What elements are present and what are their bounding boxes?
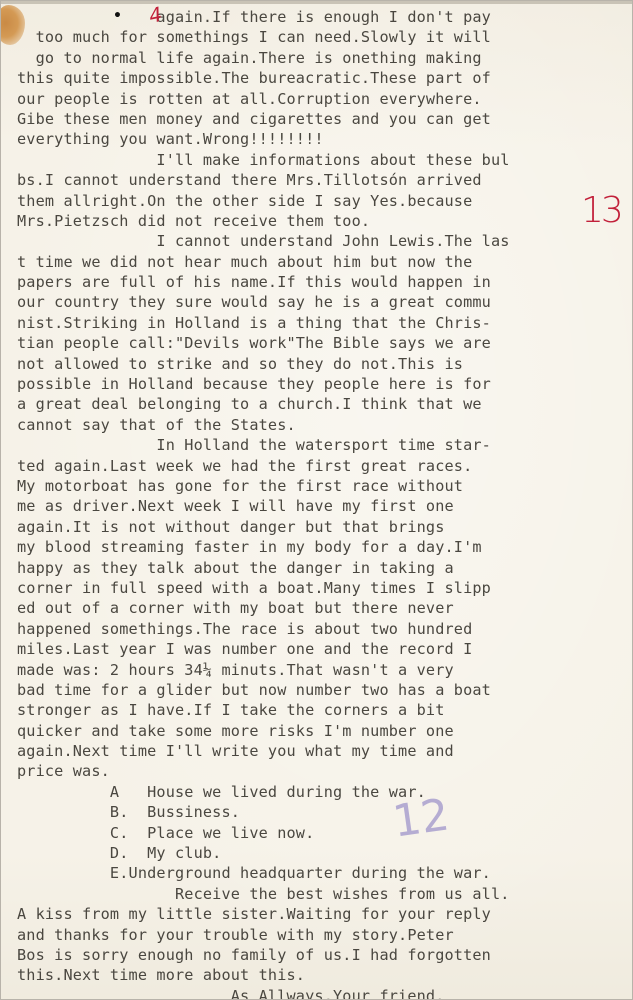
letter-line: my blood streaming faster in my body for… <box>17 537 510 557</box>
letter-line: In Holland the watersport time star- <box>17 435 510 455</box>
letter-line: Gibe these men money and cigarettes and … <box>17 109 510 129</box>
letter-line: not allowed to strike and so they do not… <box>17 354 510 374</box>
letter-line: I cannot understand John Lewis.The las <box>17 231 510 251</box>
letter-line: our country they sure would say he is a … <box>17 292 510 312</box>
letter-line: I'll make informations about these bul <box>17 150 510 170</box>
letter-line: E.Underground headquarter during the war… <box>17 863 510 883</box>
letter-line: again.Next time I'll write you what my t… <box>17 741 510 761</box>
letter-line: happy as they talk about the danger in t… <box>17 558 510 578</box>
letter-line: miles.Last year I was number one and the… <box>17 639 510 659</box>
letter-line: a great deal belonging to a church.I thi… <box>17 394 510 414</box>
letter-line: A kiss from my little sister.Waiting for… <box>17 904 510 924</box>
letter-line: this quite impossible.The bureacratic.Th… <box>17 68 510 88</box>
letter-line: possible in Holland because they people … <box>17 374 510 394</box>
letter-line: this.Next time more about this. <box>17 965 510 985</box>
letter-line: happened somethings.The race is about tw… <box>17 619 510 639</box>
letter-line: quicker and take some more risks I'm num… <box>17 721 510 741</box>
letter-line: again.If there is enough I don't pay <box>17 7 510 27</box>
letter-line: cannot say that of the States. <box>17 415 510 435</box>
purple-handwritten-number: 12 <box>390 789 453 847</box>
letter-line: price was. <box>17 761 510 781</box>
letter-line: My motorboat has gone for the first race… <box>17 476 510 496</box>
letter-line: made was: 2 hours 34¼ minuts.That wasn't… <box>17 660 510 680</box>
letter-page: again.If there is enough I don't pay too… <box>0 0 633 1000</box>
letter-line: As Allways.Your friend. <box>17 986 510 1000</box>
letter-line: tian people call:"Devils work"The Bible … <box>17 333 510 353</box>
letter-line: and thanks for your trouble with my stor… <box>17 925 510 945</box>
red-page-number: 13 <box>581 193 621 229</box>
letter-line: t time we did not hear much about him bu… <box>17 252 510 272</box>
letter-line: everything you want.Wrong!!!!!!!! <box>17 129 510 149</box>
letter-line: bad time for a glider but now number two… <box>17 680 510 700</box>
letter-line: Receive the best wishes from us all. <box>17 884 510 904</box>
letter-line: again.It is not without danger but that … <box>17 517 510 537</box>
letter-line: our people is rotten at all.Corruption e… <box>17 89 510 109</box>
letter-line: me as driver.Next week I will have my fi… <box>17 496 510 516</box>
letter-line: go to normal life again.There is onethin… <box>17 48 510 68</box>
letter-line: them allright.On the other side I say Ye… <box>17 191 510 211</box>
letter-line: bs.I cannot understand there Mrs.Tillots… <box>17 170 510 190</box>
page-top-edge <box>1 1 632 4</box>
letter-line: too much for somethings I can need.Slowl… <box>17 27 510 47</box>
letter-line: Mrs.Pietzsch did not receive them too. <box>17 211 510 231</box>
letter-body: again.If there is enough I don't pay too… <box>17 7 510 1000</box>
letter-line: Bos is sorry enough no family of us.I ha… <box>17 945 510 965</box>
letter-line: papers are full of his name.If this woul… <box>17 272 510 292</box>
letter-line: D. My club. <box>17 843 510 863</box>
letter-line: nist.Striking in Holland is a thing that… <box>17 313 510 333</box>
letter-line: corner in full speed with a boat.Many ti… <box>17 578 510 598</box>
ink-mark: • <box>113 11 120 21</box>
letter-line: ted again.Last week we had the first gre… <box>17 456 510 476</box>
letter-line: stronger as I have.If I take the corners… <box>17 700 510 720</box>
letter-line: ed out of a corner with my boat but ther… <box>17 598 510 618</box>
